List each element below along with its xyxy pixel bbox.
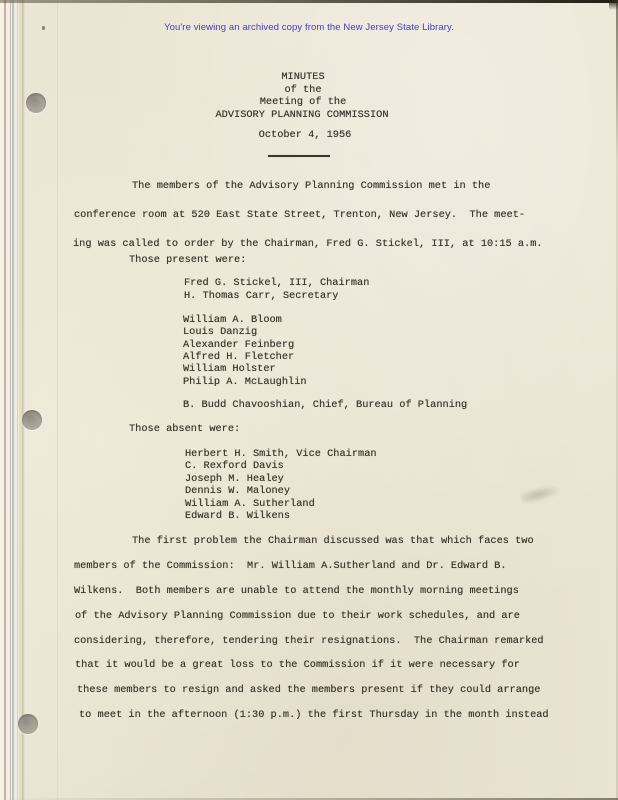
paragraph-line: these members to resign and asked the me… xyxy=(77,685,540,696)
archive-banner-text: You're viewing an archived copy from the… xyxy=(164,22,454,33)
title-line-of-the: of the xyxy=(284,85,321,96)
paragraph-line: members of the Commission: Mr. William A… xyxy=(74,561,507,572)
present-header: Those present were: xyxy=(129,255,246,266)
absent-header: Those absent were: xyxy=(129,424,240,435)
paragraph-line: considering, therefore, tendering their … xyxy=(74,636,544,647)
absentee-name: Edward B. Wilkens xyxy=(185,511,290,522)
attendee-name: William Holster xyxy=(183,364,276,375)
title-line-minutes: MINUTES xyxy=(281,72,324,83)
scan-top-edge xyxy=(0,0,618,3)
edge-line-teal xyxy=(12,0,14,800)
archive-banner: You're viewing an archived copy from the… xyxy=(0,22,618,33)
punch-hole xyxy=(26,93,46,113)
attendee-name: Louis Danzig xyxy=(183,327,257,338)
paragraph-line: The first problem the Chairman discussed… xyxy=(132,536,534,547)
page-fold-line xyxy=(57,0,58,800)
page-stack-edge xyxy=(0,0,22,800)
ink-speck xyxy=(42,26,45,30)
absentee-name: Joseph M. Healey xyxy=(185,474,284,485)
punch-hole xyxy=(18,714,38,734)
absentee-name: William A. Sutherland xyxy=(185,499,315,510)
paragraph-line: that it would be a great loss to the Com… xyxy=(75,660,520,671)
title-line-meeting: Meeting of the xyxy=(260,97,347,108)
edge-line-pink-faint xyxy=(17,0,18,800)
page-edge-shadow xyxy=(22,0,25,800)
paragraph-line: of the Advisory Planning Commission due … xyxy=(75,611,520,622)
attendee-name: Fred G. Stickel, III, Chairman xyxy=(184,278,369,289)
pencil-smudge xyxy=(520,481,564,506)
attendee-name: Alexander Feinberg xyxy=(183,340,294,351)
attendee-name: Philip A. McLaughlin xyxy=(183,377,307,388)
paragraph-line: The members of the Advisory Planning Com… xyxy=(132,181,490,192)
date-line: October 4, 1956 xyxy=(259,130,352,141)
attendee-name: Alfred H. Fletcher xyxy=(183,352,294,363)
title-line-commission: ADVISORY PLANNING COMMISSION xyxy=(215,110,388,121)
attendee-name: H. Thomas Carr, Secretary xyxy=(184,291,338,302)
scanned-document-page: You're viewing an archived copy from the… xyxy=(0,0,618,800)
absentee-name: Herbert H. Smith, Vice Chairman xyxy=(185,449,377,460)
edge-line-gray xyxy=(4,0,6,800)
paragraph-line: to meet in the afternoon (1:30 p.m.) the… xyxy=(79,710,549,721)
paragraph-line: ing was called to order by the Chairman,… xyxy=(73,239,543,250)
paragraph-line: conference room at 520 East State Street… xyxy=(74,210,525,221)
attendee-name: William A. Bloom xyxy=(183,315,282,326)
punch-hole xyxy=(22,410,42,430)
date-underline xyxy=(268,155,330,157)
paragraph-line: Wilkens. Both members are unable to atte… xyxy=(74,586,519,597)
absentee-name: Dennis W. Maloney xyxy=(185,486,290,497)
absentee-name: C. Rexford Davis xyxy=(185,461,284,472)
attendee-name: B. Budd Chavooshian, Chief, Bureau of Pl… xyxy=(183,400,467,411)
